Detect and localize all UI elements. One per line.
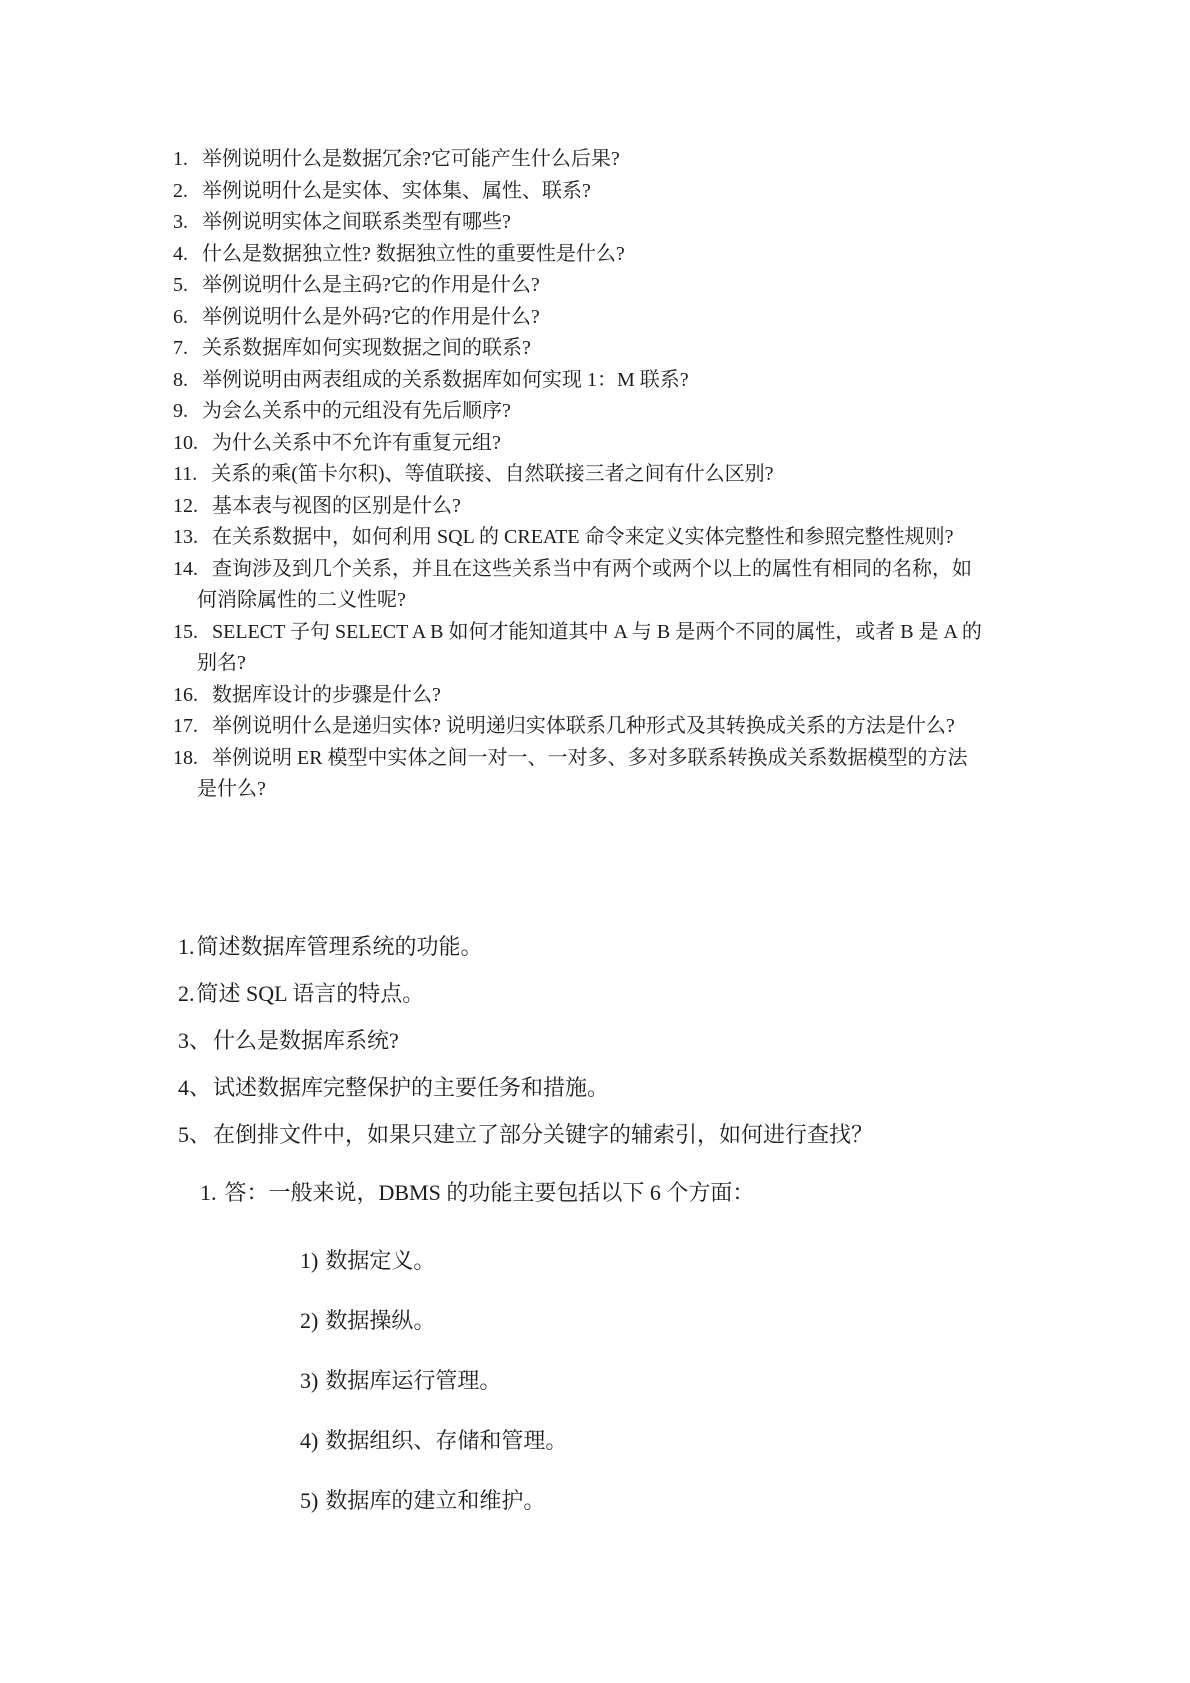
question-number: 16. [173, 680, 198, 712]
short-question-number: 4、 [178, 1064, 211, 1111]
question-text: 举例说明实体之间联系类型有哪些? [202, 211, 511, 233]
question-item: 17.举例说明什么是递归实体? 说明递归实体联系几种形式及其转换成关系的方法是什… [173, 711, 1073, 743]
short-question-text: 简述数据库管理系统的功能。 [197, 934, 483, 959]
question-item: 16.数据库设计的步骤是什么? [173, 680, 1073, 712]
answer-point: 5)数据库的建立和维护。 [300, 1471, 1000, 1531]
answer-point: 3)数据库运行管理。 [300, 1351, 1000, 1411]
question-text: 何消除属性的二义性呢? [197, 589, 406, 611]
answer-intro-number: 1. [200, 1178, 217, 1208]
question-item: 7.关系数据库如何实现数据之间的联系? [173, 333, 1073, 365]
question-item-continuation: 何消除属性的二义性呢? [173, 585, 1073, 617]
question-text: 举例说明什么是主码?它的作用是什么? [202, 274, 540, 296]
short-question-item: 1.简述数据库管理系统的功能。 [178, 923, 1078, 970]
answer-point-number: 3) [300, 1351, 318, 1411]
short-question-list: 1.简述数据库管理系统的功能。2.简述 SQL 语言的特点。3、什么是数据库系统… [178, 923, 1078, 1158]
question-number: 10. [173, 428, 198, 460]
question-item-continuation: 是什么? [173, 774, 1073, 806]
question-item: 15.SELECT 子句 SELECT A B 如何才能知道其中 A 与 B 是… [173, 617, 1073, 649]
question-text: 数据库设计的步骤是什么? [212, 684, 441, 706]
question-item: 6.举例说明什么是外码?它的作用是什么? [173, 302, 1073, 334]
question-text: 举例说明什么是递归实体? 说明递归实体联系几种形式及其转换成关系的方法是什么? [212, 715, 955, 737]
document-page: 1.举例说明什么是数据冗余?它可能产生什么后果?2.举例说明什么是实体、实体集、… [0, 0, 1190, 1683]
answer-intro-text: 答：一般来说，DBMS 的功能主要包括以下 6 个方面： [225, 1180, 755, 1205]
question-item: 3.举例说明实体之间联系类型有哪些? [173, 207, 1073, 239]
short-question-text: 简述 SQL 语言的特点。 [197, 981, 425, 1006]
short-question-number: 5、 [178, 1111, 211, 1158]
question-number: 17. [173, 711, 198, 743]
answer-point-number: 2) [300, 1291, 318, 1351]
question-item-continuation: 别名? [173, 648, 1073, 680]
question-number: 18. [173, 743, 198, 775]
question-number: 14. [173, 554, 198, 586]
question-text: 什么是数据独立性? 数据独立性的重要性是什么? [202, 243, 625, 265]
question-text: 关系数据库如何实现数据之间的联系? [202, 337, 531, 359]
question-text: 为什么关系中不允许有重复元组? [212, 432, 501, 454]
question-number: 5. [173, 270, 188, 302]
question-item: 4.什么是数据独立性? 数据独立性的重要性是什么? [173, 239, 1073, 271]
question-number: 1. [173, 144, 188, 176]
short-question-item: 3、什么是数据库系统? [178, 1017, 1078, 1064]
question-number: 3. [173, 207, 188, 239]
question-text: 举例说明什么是实体、实体集、属性、联系? [202, 180, 591, 202]
answer-point-number: 4) [300, 1411, 318, 1471]
answer-point-number: 5) [300, 1471, 318, 1531]
answer-intro: 1.答：一般来说，DBMS 的功能主要包括以下 6 个方面： [200, 1178, 754, 1208]
short-question-text: 什么是数据库系统? [213, 1028, 399, 1053]
short-question-item: 2.简述 SQL 语言的特点。 [178, 970, 1078, 1017]
question-item: 13.在关系数据中，如何利用 SQL 的 CREATE 命令来定义实体完整性和参… [173, 522, 1073, 554]
question-text: 关系的乘(笛卡尔积)、等值联接、自然联接三者之间有什么区别? [211, 463, 773, 485]
question-text: 举例说明由两表组成的关系数据库如何实现 1：M 联系? [202, 369, 689, 391]
question-number: 12. [173, 491, 198, 523]
question-text: 是什么? [197, 778, 266, 800]
short-question-number: 2. [178, 970, 195, 1017]
question-number: 9. [173, 396, 188, 428]
question-text: 举例说明 ER 模型中实体之间一对一、一对多、多对多联系转换成关系数据模型的方法 [212, 747, 968, 769]
answer-point: 2)数据操纵。 [300, 1291, 1000, 1351]
question-text: 为会么关系中的元组没有先后顺序? [202, 400, 511, 422]
question-list: 1.举例说明什么是数据冗余?它可能产生什么后果?2.举例说明什么是实体、实体集、… [173, 144, 1073, 806]
question-number: 11. [173, 459, 197, 491]
question-number: 4. [173, 239, 188, 271]
answer-points: 1)数据定义。2)数据操纵。3)数据库运行管理。4)数据组织、存储和管理。5)数… [300, 1231, 1000, 1531]
answer-point: 1)数据定义。 [300, 1231, 1000, 1291]
question-item: 8.举例说明由两表组成的关系数据库如何实现 1：M 联系? [173, 365, 1073, 397]
answer-point-number: 1) [300, 1231, 318, 1291]
short-question-number: 1. [178, 923, 195, 970]
question-number: 7. [173, 333, 188, 365]
question-item: 1.举例说明什么是数据冗余?它可能产生什么后果? [173, 144, 1073, 176]
answer-point-text: 数据组织、存储和管理。 [325, 1428, 567, 1453]
question-text: 基本表与视图的区别是什么? [212, 495, 461, 517]
question-item: 14.查询涉及到几个关系，并且在这些关系当中有两个或两个以上的属性有相同的名称，… [173, 554, 1073, 586]
question-number: 15. [173, 617, 198, 649]
question-item: 2.举例说明什么是实体、实体集、属性、联系? [173, 176, 1073, 208]
question-text: 在关系数据中，如何利用 SQL 的 CREATE 命令来定义实体完整性和参照完整… [212, 526, 953, 548]
question-item: 9.为会么关系中的元组没有先后顺序? [173, 396, 1073, 428]
question-item: 18.举例说明 ER 模型中实体之间一对一、一对多、多对多联系转换成关系数据模型… [173, 743, 1073, 775]
short-question-item: 4、试述数据库完整保护的主要任务和措施。 [178, 1064, 1078, 1111]
question-number: 8. [173, 365, 188, 397]
question-number: 13. [173, 522, 198, 554]
question-text: SELECT 子句 SELECT A B 如何才能知道其中 A 与 B 是两个不… [212, 621, 982, 643]
answer-point: 4)数据组织、存储和管理。 [300, 1411, 1000, 1471]
short-question-text: 在倒排文件中，如果只建立了部分关键字的辅索引，如何进行查找？ [213, 1122, 873, 1147]
question-item: 12.基本表与视图的区别是什么? [173, 491, 1073, 523]
question-text: 别名? [197, 652, 246, 674]
short-question-text: 试述数据库完整保护的主要任务和措施。 [213, 1075, 609, 1100]
question-number: 2. [173, 176, 188, 208]
short-question-item: 5、在倒排文件中，如果只建立了部分关键字的辅索引，如何进行查找？ [178, 1111, 1078, 1158]
question-item: 10.为什么关系中不允许有重复元组? [173, 428, 1073, 460]
question-item: 11.关系的乘(笛卡尔积)、等值联接、自然联接三者之间有什么区别? [173, 459, 1073, 491]
question-text: 查询涉及到几个关系，并且在这些关系当中有两个或两个以上的属性有相同的名称，如 [212, 558, 972, 580]
answer-point-text: 数据定义。 [325, 1248, 435, 1273]
short-question-number: 3、 [178, 1017, 211, 1064]
answer-point-text: 数据库运行管理。 [325, 1368, 501, 1393]
question-number: 6. [173, 302, 188, 334]
question-item: 5.举例说明什么是主码?它的作用是什么? [173, 270, 1073, 302]
question-text: 举例说明什么是数据冗余?它可能产生什么后果? [202, 148, 620, 170]
question-text: 举例说明什么是外码?它的作用是什么? [202, 306, 540, 328]
answer-point-text: 数据操纵。 [325, 1308, 435, 1333]
answer-point-text: 数据库的建立和维护。 [325, 1488, 545, 1513]
